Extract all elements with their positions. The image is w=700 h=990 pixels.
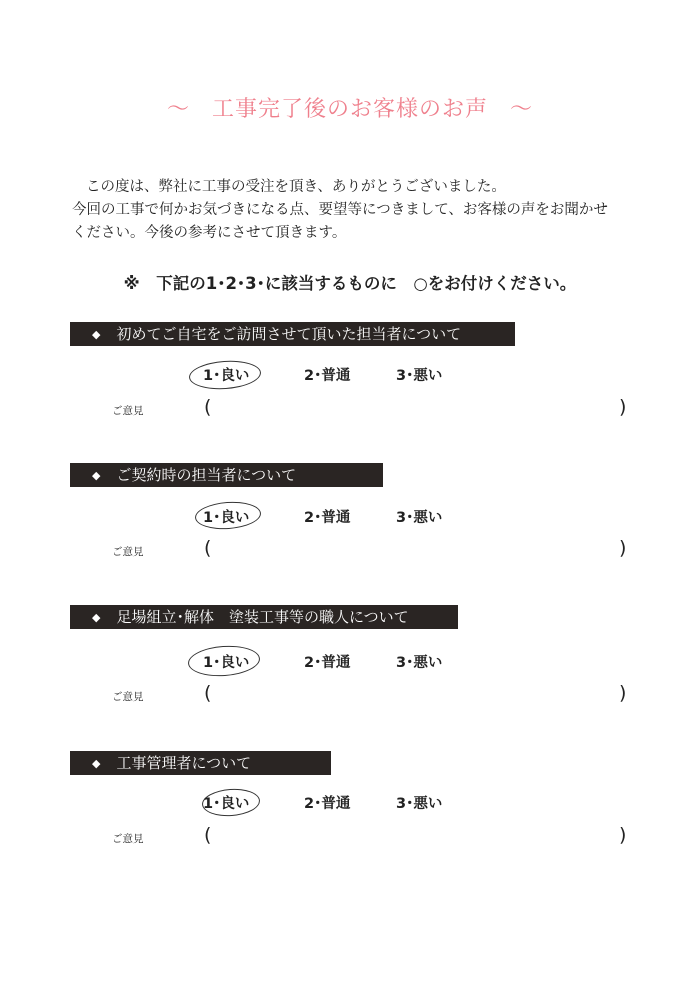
opinion-row-4: ご意見 ( ) — [0, 826, 700, 852]
section-heading-text: 初めてご自宅をご訪問させて頂いた担当者について — [116, 325, 461, 343]
section-heading-2: ◆ご契約時の担当者について — [70, 463, 383, 487]
opinion-field[interactable] — [220, 686, 610, 706]
section-heading-1: ◆初めてご自宅をご訪問させて頂いた担当者について — [70, 322, 515, 346]
opinion-row-3: ご意見 ( ) — [0, 684, 700, 710]
opinion-open-paren: ( — [204, 396, 211, 418]
opinion-row-2: ご意見 ( ) — [0, 539, 700, 565]
intro-line: 今回の工事で何かお気づきになる点、要望等につきまして、お客様の声をお聞かせ — [72, 199, 608, 222]
rating-option-average[interactable]: 2･普通 — [304, 651, 350, 672]
opinion-label: ご意見 — [112, 544, 144, 559]
rating-row-3: 1･良い 2･普通 3･悪い — [0, 651, 700, 681]
rating-option-bad[interactable]: 3･悪い — [396, 651, 442, 672]
section-heading-3: ◆足場組立･解体 塗装工事等の職人について — [70, 605, 458, 629]
opinion-field[interactable] — [220, 541, 610, 561]
section-heading-text: 足場組立･解体 塗装工事等の職人について — [116, 608, 408, 626]
section-heading-text: 工事管理者について — [116, 754, 251, 772]
opinion-open-paren: ( — [204, 537, 211, 559]
diamond-bullet-icon: ◆ — [92, 323, 100, 347]
opinion-label: ご意見 — [112, 831, 144, 846]
intro-line: ください。今後の参考にさせて頂きます。 — [72, 222, 608, 245]
section-heading-4: ◆工事管理者について — [70, 751, 331, 775]
rating-option-average[interactable]: 2･普通 — [304, 792, 350, 813]
intro-paragraph: この度は、弊社に工事の受注を頂き、ありがとうございました。 今回の工事で何かお気… — [72, 176, 608, 245]
rating-option-average[interactable]: 2･普通 — [304, 364, 350, 385]
diamond-bullet-icon: ◆ — [92, 752, 100, 776]
diamond-bullet-icon: ◆ — [92, 606, 100, 630]
opinion-close-paren: ) — [619, 396, 626, 418]
rating-option-good[interactable]: 1･良い — [203, 506, 249, 527]
rating-row-1: 1･良い 2･普通 3･悪い — [0, 364, 700, 394]
rating-row-4: 1･良い 2･普通 3･悪い — [0, 792, 700, 822]
opinion-label: ご意見 — [112, 403, 144, 418]
opinion-label: ご意見 — [112, 689, 144, 704]
opinion-field[interactable] — [220, 828, 610, 848]
opinion-open-paren: ( — [204, 682, 211, 704]
tilde-decoration: 〜 — [510, 97, 533, 122]
opinion-field[interactable] — [220, 400, 610, 420]
rating-option-good[interactable]: 1･良い — [203, 651, 249, 672]
intro-line: この度は、弊社に工事の受注を頂き、ありがとうございました。 — [72, 176, 608, 199]
rating-row-2: 1･良い 2･普通 3･悪い — [0, 506, 700, 536]
rating-option-bad[interactable]: 3･悪い — [396, 364, 442, 385]
tilde-decoration: 〜 — [167, 97, 190, 122]
section-heading-text: ご契約時の担当者について — [116, 466, 296, 484]
rating-option-good[interactable]: 1･良い — [203, 792, 249, 813]
opinion-row-1: ご意見 ( ) — [0, 398, 700, 424]
rating-option-good[interactable]: 1･良い — [203, 364, 249, 385]
page-title: 〜 工事完了後のお客様のお声 〜 — [0, 92, 700, 123]
diamond-bullet-icon: ◆ — [92, 464, 100, 488]
opinion-close-paren: ) — [619, 537, 626, 559]
opinion-close-paren: ) — [619, 682, 626, 704]
page-title-text: 工事完了後のお客様のお声 — [212, 97, 488, 122]
rating-option-average[interactable]: 2･普通 — [304, 506, 350, 527]
instruction-text: ※ 下記の1･2･3･に該当するものに ○をお付けください。 — [0, 270, 700, 294]
opinion-open-paren: ( — [204, 824, 211, 846]
rating-option-bad[interactable]: 3･悪い — [396, 792, 442, 813]
opinion-close-paren: ) — [619, 824, 626, 846]
rating-option-bad[interactable]: 3･悪い — [396, 506, 442, 527]
